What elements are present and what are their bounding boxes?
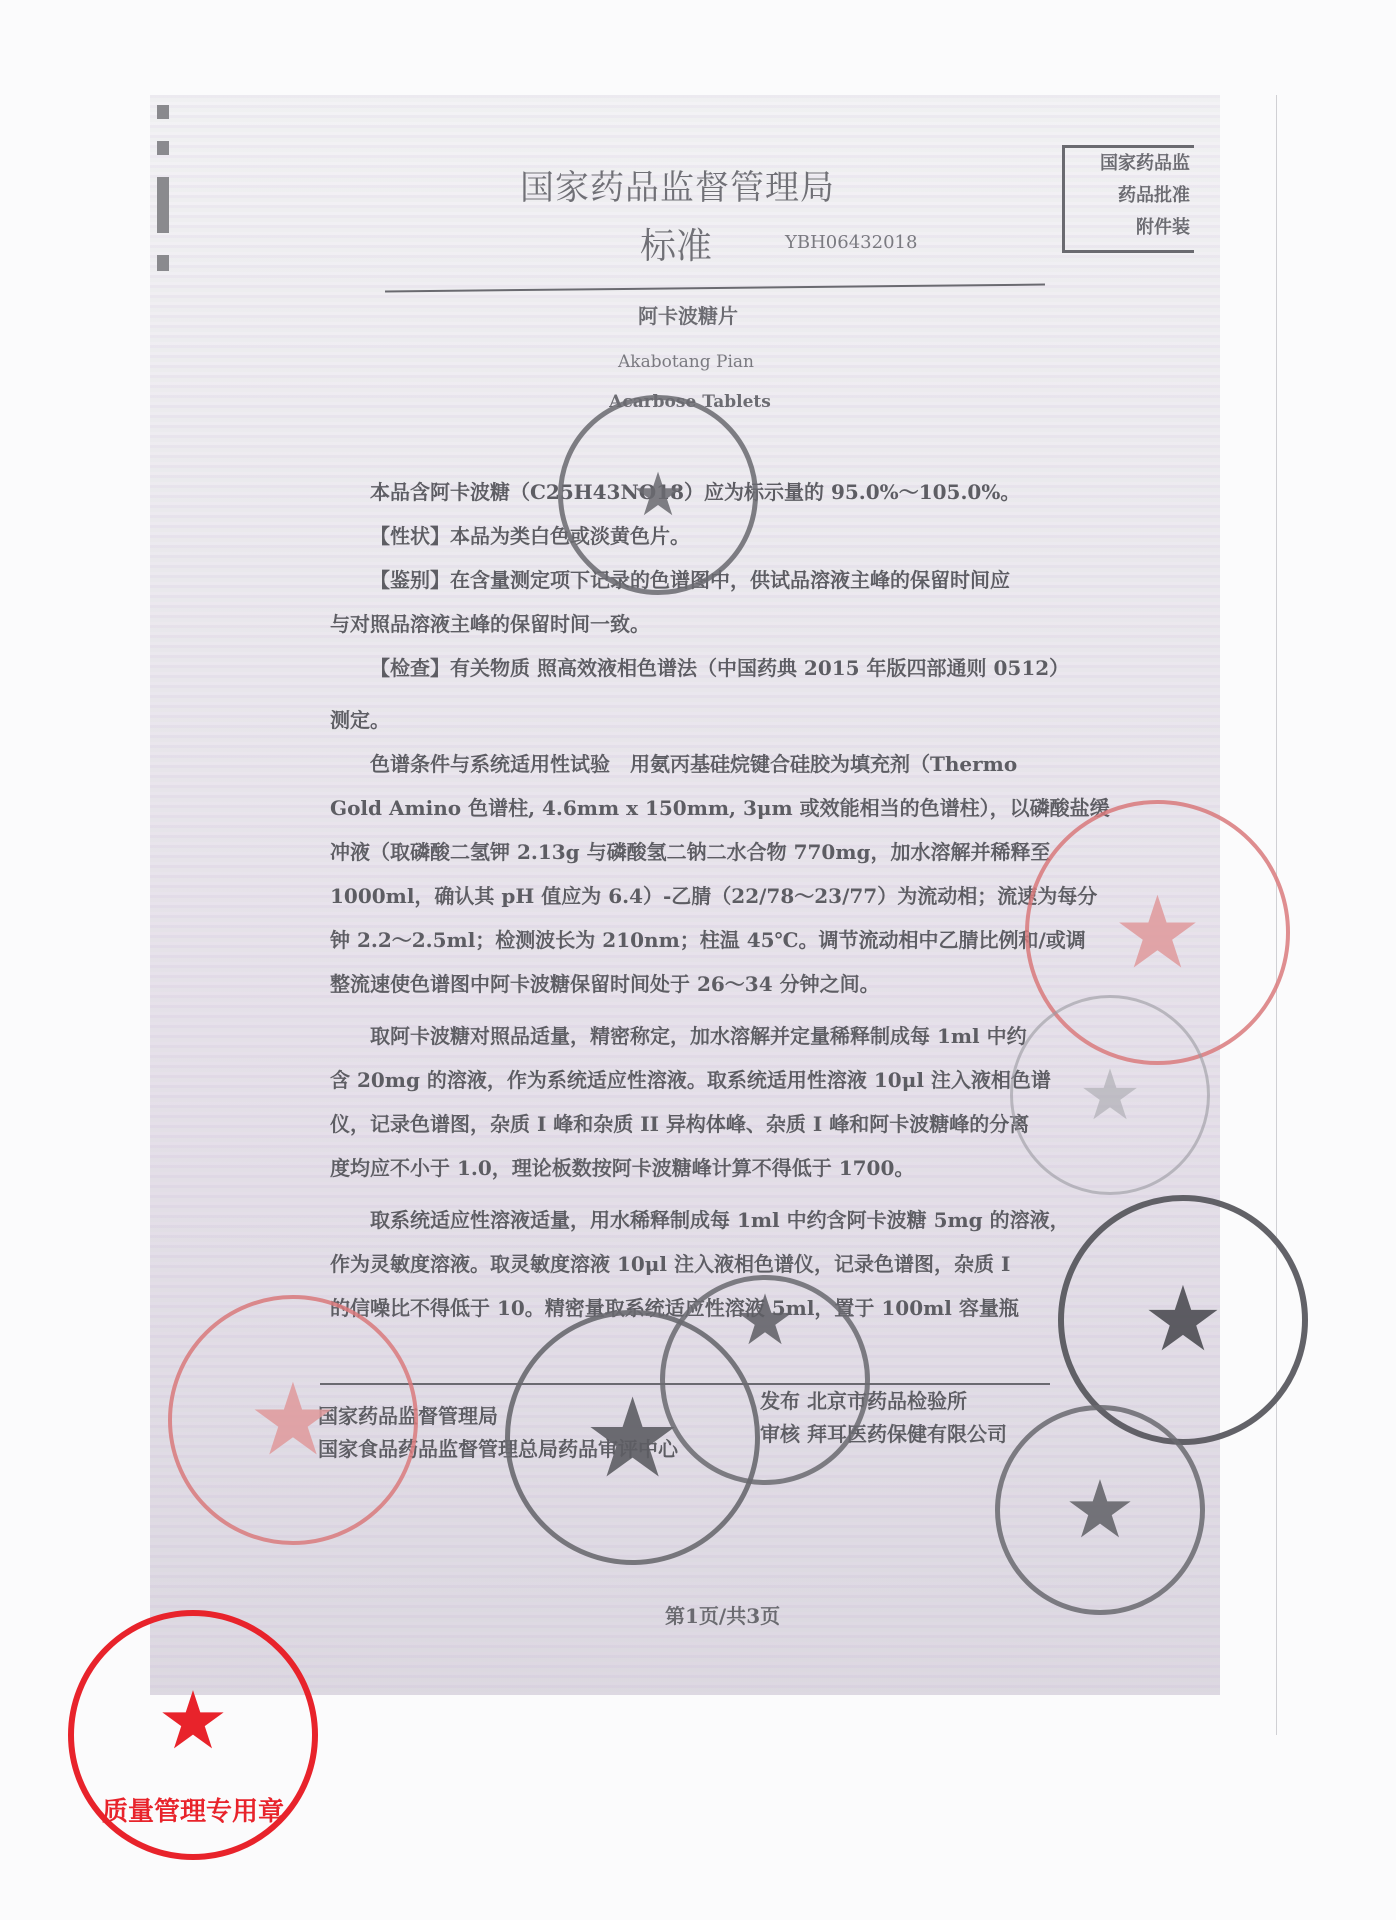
agency-title: 国家药品监督管理局 xyxy=(520,160,835,209)
paragraph: 测定。 xyxy=(330,698,1070,742)
gray-faint-stamp: ★ xyxy=(1010,995,1210,1195)
bayer-healthcare-stamp: ★ xyxy=(558,395,758,595)
paragraph: 色谱条件与系统适用性试验 用氨丙基硅烷键合硅胶为填充剂（Thermo xyxy=(330,742,1070,786)
chongqing-yihao-stamp-right: ★ xyxy=(995,1405,1205,1615)
page-indicator: 第1页/共3页 xyxy=(665,1600,780,1629)
star-icon: ★ xyxy=(1143,1275,1224,1365)
paragraph: 1000ml，确认其 pH 值应为 6.4）-乙腈（22/78～23/77）为流… xyxy=(330,874,1070,918)
drug-name-zh: 阿卡波糖片 xyxy=(0,300,1386,329)
star-icon: ★ xyxy=(157,1681,229,1761)
paragraph: 取阿卡波糖对照品适量，精密称定，加水溶解并定量稀释制成每 1ml 中约 xyxy=(330,1014,1070,1058)
doc-type-title: 标准 xyxy=(640,218,712,269)
paragraph: 整流速使色谱图中阿卡波糖保留时间处于 26～34 分钟之间。 xyxy=(330,962,1070,1006)
paragraph: 冲液（取磷酸二氢钾 2.13g 与磷酸氢二钠二水合物 770mg，加水溶解并稀释… xyxy=(330,830,1070,874)
paragraph: 含 20mg 的溶液，作为系统适应性溶液。取系统适用性溶液 10μl 注入液相色… xyxy=(330,1058,1070,1102)
drug-name-pinyin: Akabotang Pian xyxy=(0,352,1384,372)
star-icon: ★ xyxy=(1079,1060,1142,1130)
approval-attachment-box: 国家药品监 药品批准 附件装 xyxy=(1062,145,1194,253)
paragraph: 取系统适应性溶液适量，用水稀释制成每 1ml 中约含阿卡波糖 5mg 的溶液， xyxy=(330,1198,1070,1242)
paragraph: 作为灵敏度溶液。取灵敏度溶液 10μl 注入液相色谱仪，记录色谱图，杂质 I xyxy=(330,1242,1070,1286)
star-icon: ★ xyxy=(1113,883,1203,983)
stamp-subtitle: 质量管理专用章 xyxy=(74,1791,312,1828)
paragraph: 【检查】有关物质 照高效液相色谱法（中国药典 2015 年版四部通则 0512） xyxy=(350,646,1070,690)
paragraph: 度均应不小于 1.0，理论板数按阿卡波糖峰计算不得低于 1700。 xyxy=(330,1146,1070,1190)
paragraph: Gold Amino 色谱柱, 4.6mm x 150mm, 3μm 或效能相当… xyxy=(330,786,1070,830)
suzhou-dongwu-qa-stamp: ★ 质量管理专用章 xyxy=(68,1610,318,1860)
star-icon: ★ xyxy=(248,1370,338,1470)
paragraph: 仪，记录色谱图，杂质 I 峰和杂质 II 异构体峰、杂质 I 峰和阿卡波糖峰的分… xyxy=(330,1102,1070,1146)
standard-body: 本品含阿卡波糖（C25H43NO18）应为标示量的 95.0%～105.0%。 … xyxy=(350,470,1070,1330)
binding-marks xyxy=(157,105,169,293)
star-icon: ★ xyxy=(631,465,685,525)
corner-box-line: 药品批准 xyxy=(1065,180,1190,212)
red-stamp-left: ★ xyxy=(168,1295,418,1545)
star-icon: ★ xyxy=(1064,1470,1136,1550)
center-small-stamp: ★ xyxy=(660,1275,870,1485)
paragraph: 与对照品溶液主峰的保留时间一致。 xyxy=(330,602,1070,646)
star-icon: ★ xyxy=(734,1285,797,1355)
corner-box-line: 国家药品监 xyxy=(1065,148,1190,180)
paragraph: 钟 2.2～2.5ml；检测波长为 210nm；柱温 45℃。调节流动相中乙腈比… xyxy=(330,918,1070,962)
corner-box-line: 附件装 xyxy=(1065,212,1190,244)
standard-code: YBH06432018 xyxy=(785,232,917,253)
